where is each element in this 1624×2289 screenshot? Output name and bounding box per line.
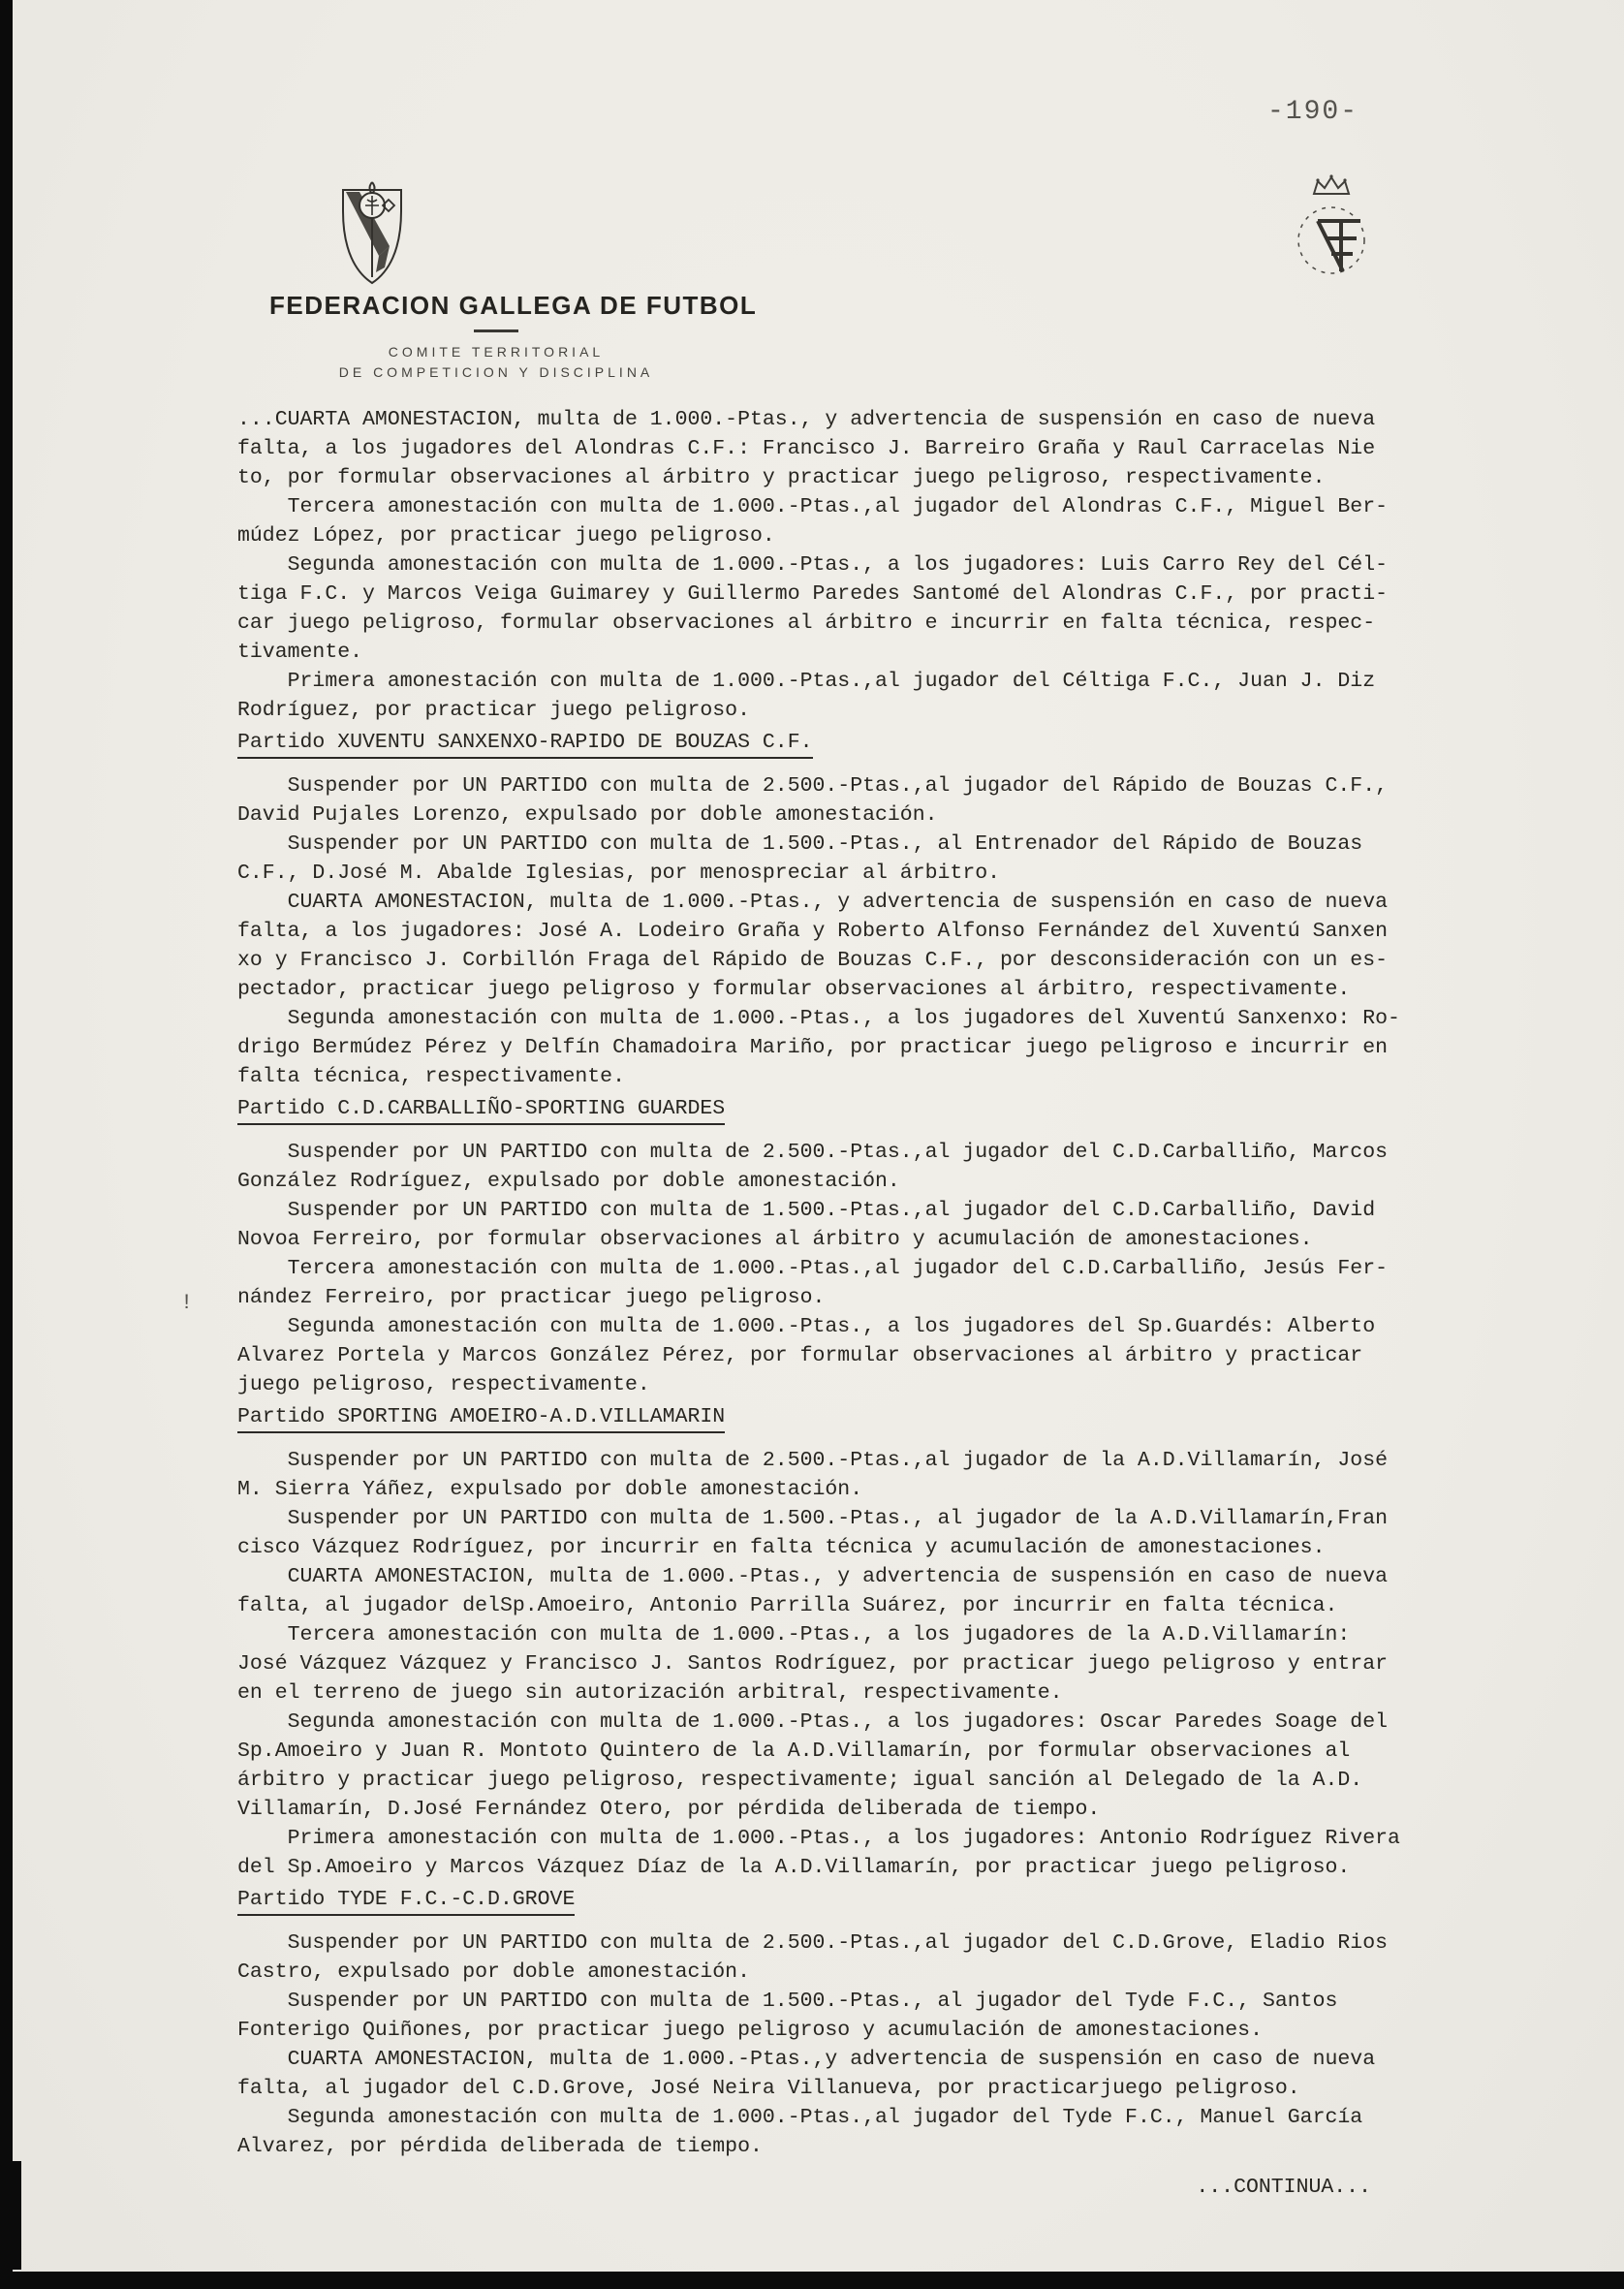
section-heading-3-text: Partido SPORTING AMOEIRO-A.D.VILLAMARIN (237, 1405, 725, 1433)
scan-edge-bottom (0, 2272, 1624, 2289)
document-body: ...CUARTA AMONESTACION, multa de 1.000.-… (237, 405, 1468, 2202)
section-heading-2: Partido C.D.CARBALLIÑO-SPORTING GUARDES (237, 1094, 1468, 1123)
section-text-2: Suspender por UN PARTIDO con multa de 2.… (237, 1138, 1468, 1399)
section-heading-1-text: Partido XUVENTU SANXENXO-RAPIDO DE BOUZA… (237, 731, 813, 759)
rfef-crest-icon (1281, 172, 1382, 289)
page-number: -190- (1267, 97, 1359, 127)
federation-shield-icon (333, 180, 411, 289)
scan-edge-left-notch (0, 2161, 21, 2270)
section-heading-4: Partido TYDE F.C.-C.D.GROVE (237, 1885, 1468, 1914)
continua-note: ...CONTINUA... (237, 2173, 1468, 2202)
letterhead-rule (474, 329, 518, 332)
section-text-4: Suspender por UN PARTIDO con multa de 2.… (237, 1928, 1468, 2161)
paragraph-intro: ...CUARTA AMONESTACION, multa de 1.000.-… (237, 405, 1468, 725)
scanned-page: -190- FEDERACION GALLEGA DE FUTBOL COMIT… (0, 0, 1624, 2289)
letterhead-title: FEDERACION GALLEGA DE FUTBOL (269, 291, 723, 321)
section-text-3: Suspender por UN PARTIDO con multa de 2.… (237, 1446, 1468, 1882)
section-heading-4-text: Partido TYDE F.C.-C.D.GROVE (237, 1888, 575, 1916)
section-heading-2-text: Partido C.D.CARBALLIÑO-SPORTING GUARDES (237, 1097, 725, 1125)
section-heading-3: Partido SPORTING AMOEIRO-A.D.VILLAMARIN (237, 1402, 1468, 1431)
section-heading-1: Partido XUVENTU SANXENXO-RAPIDO DE BOUZA… (237, 728, 1468, 757)
letterhead-subtitle-2: DE COMPETICION Y DISCIPLINA (269, 364, 723, 380)
section-text-1: Suspender por UN PARTIDO con multa de 2.… (237, 771, 1468, 1091)
letterhead-subtitle-1: COMITE TERRITORIAL (269, 344, 723, 360)
scan-edge-left (0, 0, 13, 2289)
letterhead: FEDERACION GALLEGA DE FUTBOL COMITE TERR… (269, 291, 723, 380)
margin-note: ! (180, 1291, 193, 1315)
